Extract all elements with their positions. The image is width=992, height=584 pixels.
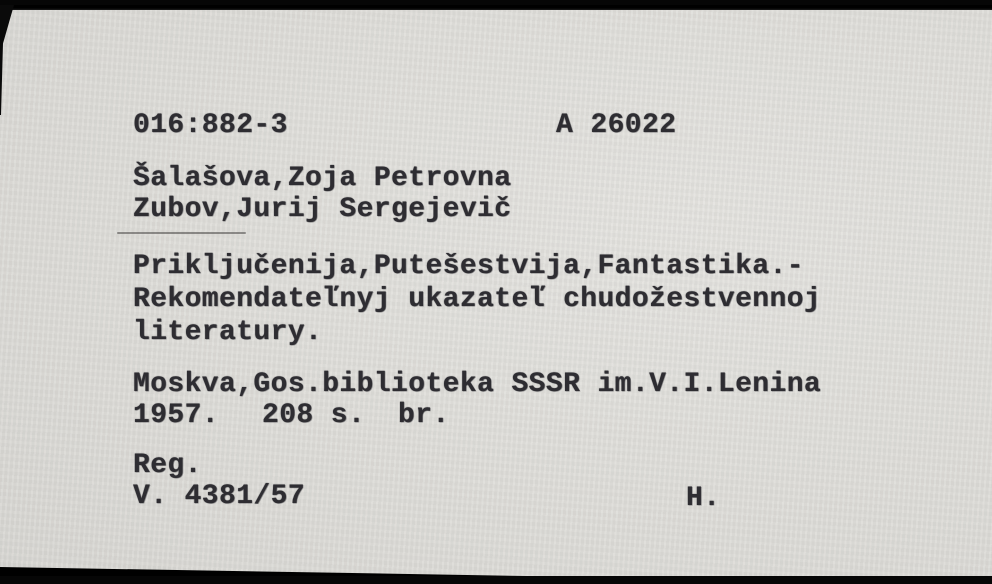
initial-mark: H. xyxy=(686,484,720,514)
imprint-line: Moskva,Gos.biblioteka SSSR im.V.I.Lenina xyxy=(133,370,821,400)
accession-number: A 26022 xyxy=(556,111,676,141)
title-line-2: Rekomendateľnyj ukazateľ chudožestvennoj xyxy=(133,285,821,315)
classification-number: 016:882-3 xyxy=(133,111,288,141)
author-line-1: Šalašova,Zoja Petrovna xyxy=(133,164,511,194)
title-line-3: literatury. xyxy=(133,318,322,348)
card-corner-shadow xyxy=(0,5,14,115)
photo-edge-bottom xyxy=(0,564,992,576)
catalog-card: 016:882-3 A 26022 Šalašova,Zoja Petrovna… xyxy=(0,5,992,576)
registration-label: Reg. xyxy=(133,451,202,481)
page-count: 208 s. xyxy=(262,401,365,431)
author-underline xyxy=(117,232,246,234)
author-line-2: Zubov,Jurij Sergejevič xyxy=(133,195,511,225)
publication-year: 1957. xyxy=(133,401,219,431)
binding-note: br. xyxy=(398,401,450,431)
registration-number: V. 4381/57 xyxy=(133,482,305,512)
photo-edge-top xyxy=(0,5,992,10)
title-line-1: Priključenija,Putešestvija,Fantastika.- xyxy=(133,252,804,282)
